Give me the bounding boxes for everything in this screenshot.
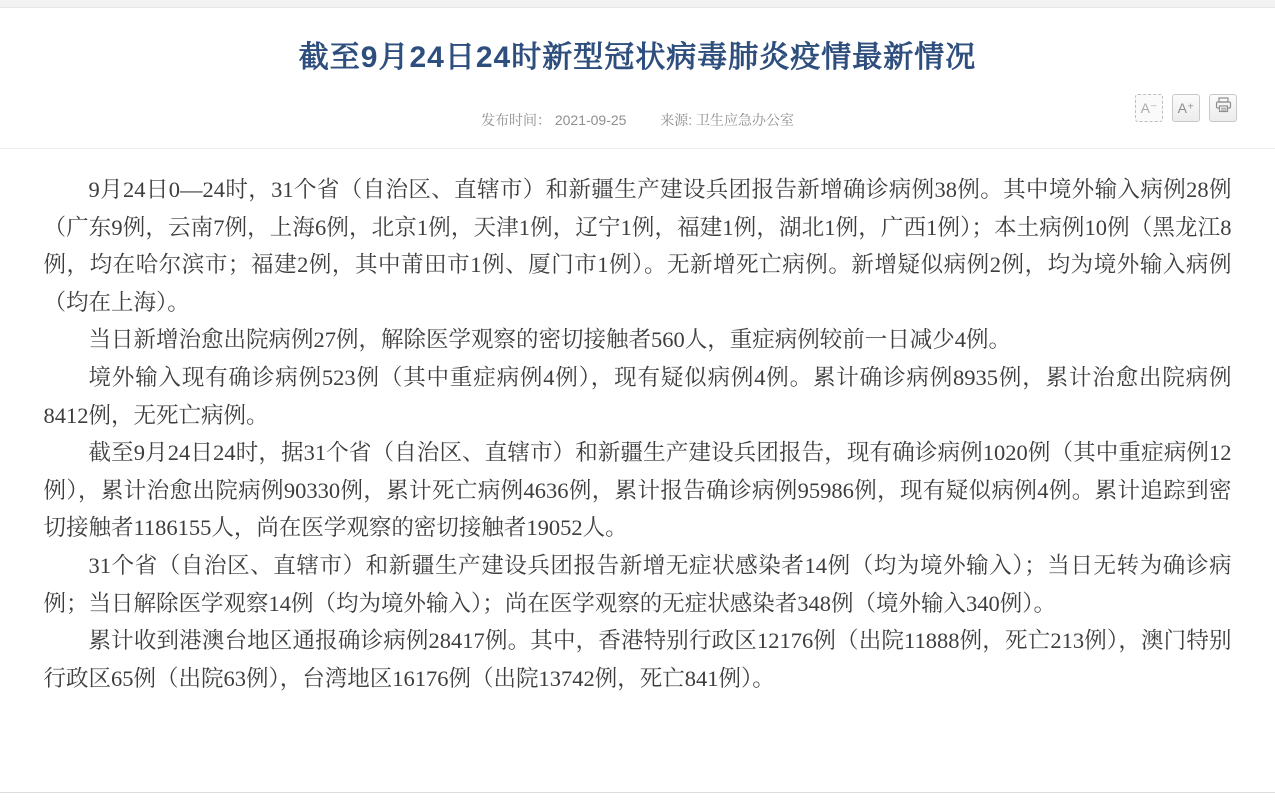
source-label: 来源: [660,112,692,128]
printer-icon [1215,95,1232,121]
font-increase-button[interactable]: A⁺ [1172,94,1200,122]
bottom-divider [0,792,1275,793]
article-body: 9月24日0—24时，31个省（自治区、直辖市）和新疆生产建设兵团报告新增确诊病… [44,149,1232,697]
paragraph-cumulative: 截至9月24日24时，据31个省（自治区、直辖市）和新疆生产建设兵团报告，现有确… [44,434,1232,547]
font-print-toolbar: A⁻ A⁺ [1135,94,1237,122]
publish-time-label: 发布时间： [481,112,551,128]
paragraph-asymptomatic: 31个省（自治区、直辖市）和新疆生产建设兵团报告新增无症状感染者14例（均为境外… [44,547,1232,622]
article-header: 截至9月24日24时新型冠状病毒肺炎疫情最新情况 发布时间： 2021-09-2… [0,8,1275,149]
page-title: 截至9月24日24时新型冠状病毒肺炎疫情最新情况 [0,32,1275,76]
meta-row: 发布时间： 2021-09-25 来源: 卫生应急办公室 [0,110,1275,130]
font-decrease-button[interactable]: A⁻ [1135,94,1163,122]
paragraph-imported: 境外输入现有确诊病例523例（其中重症病例4例），现有疑似病例4例。累计确诊病例… [44,359,1232,434]
paragraph-hk-macao-taiwan: 累计收到港澳台地区通报确诊病例28417例。其中，香港特别行政区12176例（出… [44,622,1232,697]
publish-date: 2021-09-25 [555,112,627,128]
top-border-strip [0,0,1275,8]
print-button[interactable] [1209,94,1237,122]
source-value: 卫生应急办公室 [696,112,794,128]
paragraph-new-cases: 9月24日0—24时，31个省（自治区、直辖市）和新疆生产建设兵团报告新增确诊病… [44,171,1232,321]
paragraph-recovered: 当日新增治愈出院病例27例，解除医学观察的密切接触者560人，重症病例较前一日减… [44,321,1232,359]
